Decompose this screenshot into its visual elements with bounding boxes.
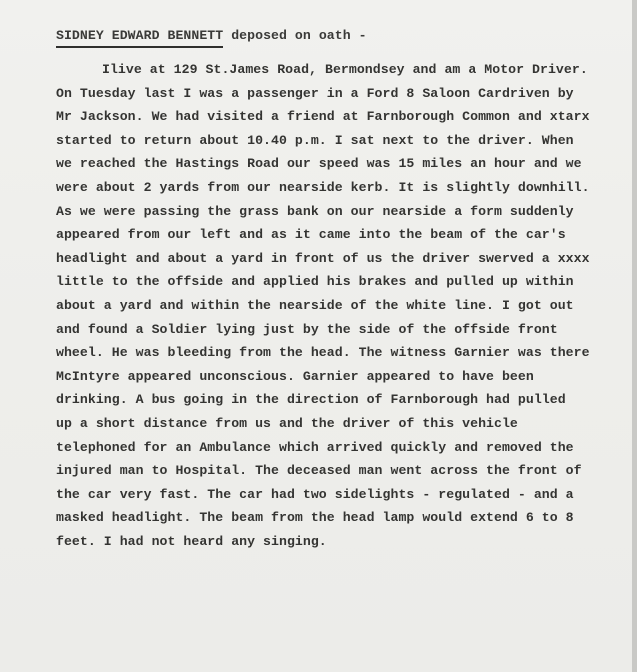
body-line: telephoned for an Ambulance which arrive… [56,436,636,460]
body-line: Mr Jackson. We had visited a friend at F… [56,105,636,129]
deponent-name: SIDNEY EDWARD BENNETT [56,28,223,48]
body-line: drinking. A bus going in the direction o… [56,388,636,412]
body-line: Ilive at 129 St.James Road, Bermondsey a… [56,58,636,82]
body-line: about a yard and within the nearside of … [56,294,636,318]
body-line: little to the offside and applied his br… [56,270,636,294]
page-edge [632,0,637,672]
body-line: we reached the Hastings Road our speed w… [56,152,636,176]
document-page: SIDNEY EDWARD BENNETT deposed on oath - … [0,0,632,672]
body-line: appeared from our left and as it came in… [56,223,636,247]
body-line: and found a Soldier lying just by the si… [56,318,636,342]
body-line: up a short distance from us and the driv… [56,412,636,436]
body-line: As we were passing the grass bank on our… [56,200,636,224]
body-line: On Tuesday last I was a passenger in a F… [56,82,636,106]
body-line: masked headlight. The beam from the head… [56,506,636,530]
heading-suffix: deposed on oath - [223,28,366,43]
body-line: feet. I had not heard any singing. [56,530,636,554]
body-line: McIntyre appeared unconscious. Garnier a… [56,365,636,389]
body-line: started to return about 10.40 p.m. I sat… [56,129,636,153]
body-line: injured man to Hospital. The deceased ma… [56,459,636,483]
body-line: headlight and about a yard in front of u… [56,247,636,271]
deposition-heading: SIDNEY EDWARD BENNETT deposed on oath - [56,28,367,48]
body-line: the car very fast. The car had two sidel… [56,483,636,507]
deposition-body: Ilive at 129 St.James Road, Bermondsey a… [56,58,636,553]
body-line: were about 2 yards from our nearside ker… [56,176,636,200]
body-line: wheel. He was bleeding from the head. Th… [56,341,636,365]
